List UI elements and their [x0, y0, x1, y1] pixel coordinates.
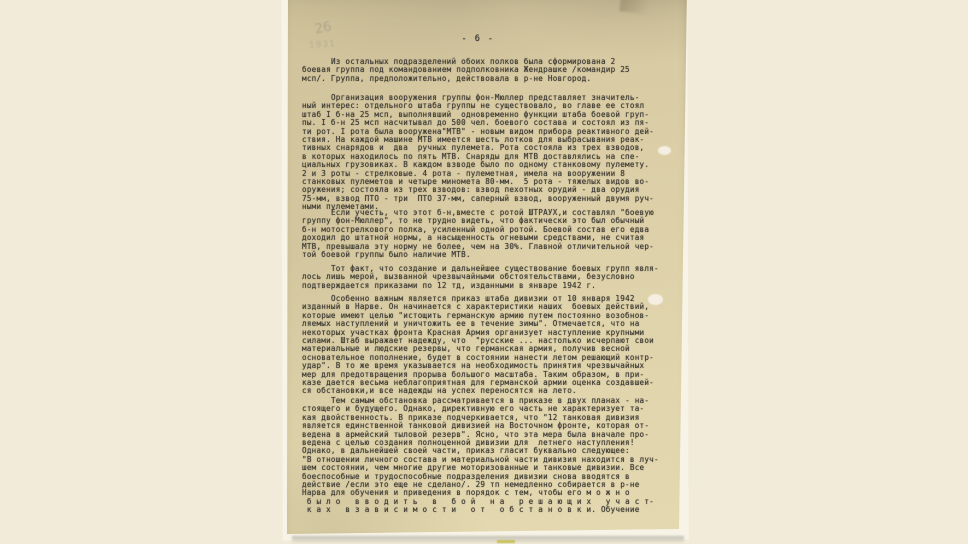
paragraph-order-january-10: Особенно важным является приказ штаба ди… — [302, 295, 678, 396]
paragraph-order-directive-part: Тем самым обстановка рассматривается в п… — [302, 397, 678, 515]
paragraph-orders-12td: Тот факт, что создание и дальнейшее суще… — [302, 265, 678, 290]
paragraph-combat-group-2: Из остальных подразделений обоих полков … — [302, 58, 678, 83]
page-number: - 6 - — [283, 34, 673, 44]
paragraph-armament-organization: Организация вооружения группы фон-Мюллер… — [302, 94, 678, 212]
paragraph-battalion-assessment: Если учесть, что этот б-н,вместе с ротой… — [302, 209, 678, 259]
photo-backdrop: 26 1931 - 6 - Из остальных подразделений… — [0, 0, 968, 544]
page-shadow — [292, 536, 684, 543]
color-mark — [497, 540, 515, 543]
